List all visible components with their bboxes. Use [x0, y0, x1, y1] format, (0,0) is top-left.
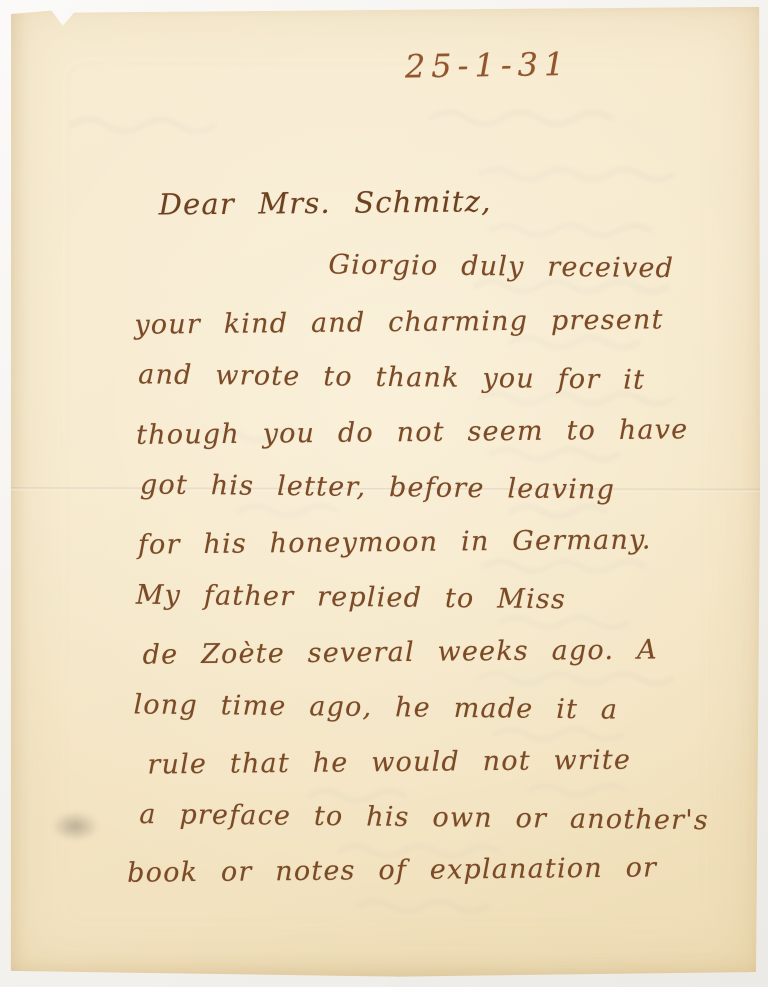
letter-line: rule that he would not write: [147, 745, 631, 781]
letter-line: My father replied to Miss: [136, 580, 567, 616]
letter-line: long time ago, he made it a: [133, 689, 618, 725]
letter-line: and wrote to thank you for it: [138, 359, 645, 395]
letter-line: got his letter, before leaving: [140, 469, 615, 505]
letter-line: Giorgio duly received: [328, 249, 674, 284]
letter-line: for his honeymoon in Germany.: [138, 524, 652, 560]
letter-line: a preface to his own or another's: [139, 799, 709, 836]
letter-line: your kind and charming present: [134, 304, 664, 340]
photo-background: 25-1-31 Dear Mrs. Schmitz, Giorgio duly …: [0, 0, 768, 987]
letter-date: 25-1-31: [405, 45, 571, 86]
ink-smudge: [51, 811, 99, 841]
letter-line: though you do not seem to have: [136, 414, 689, 451]
letter-line: de Zoète several weeks ago. A: [143, 634, 658, 670]
letter-salutation: Dear Mrs. Schmitz,: [158, 184, 491, 221]
letter-line: book or notes of explanation or: [127, 852, 657, 888]
letter-paper: 25-1-31 Dear Mrs. Schmitz, Giorgio duly …: [9, 5, 761, 979]
